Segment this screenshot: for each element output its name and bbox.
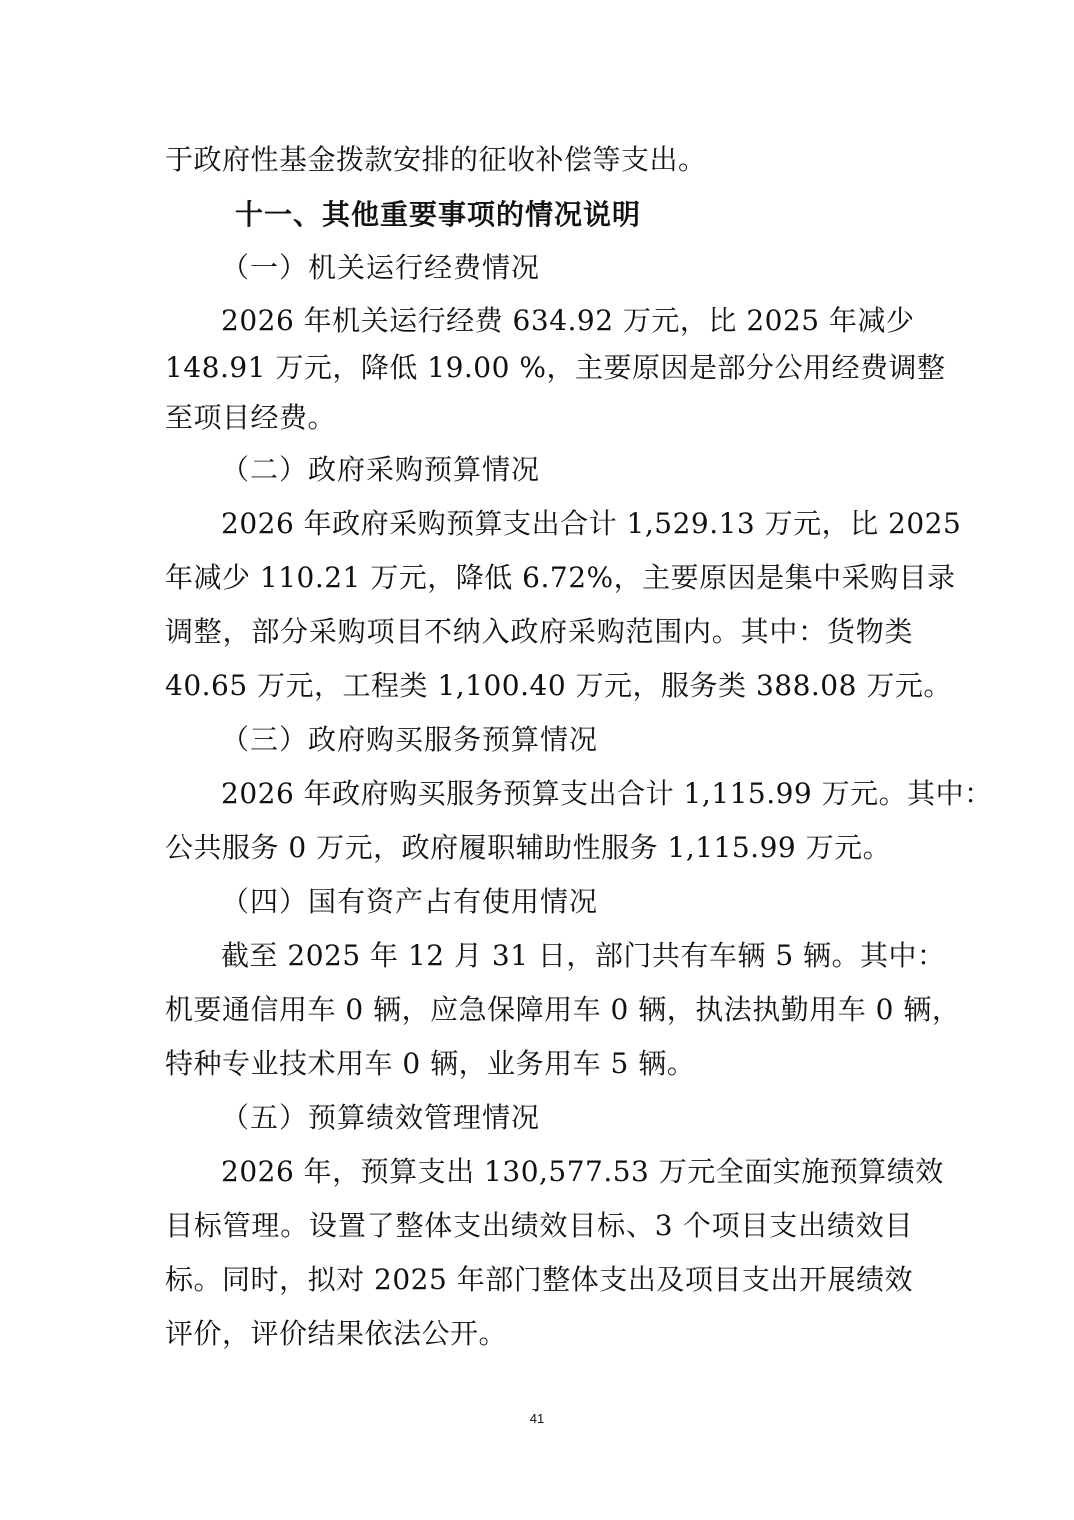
paragraph-line: 截至 2025 年 12 月 31 日，部门共有车辆 5 辆。其中：	[221, 939, 913, 973]
paragraph-continuation: 于政府性基金拨款安排的征收补偿等支出。	[165, 143, 913, 177]
section-title: 十一、其他重要事项的情况说明	[235, 198, 641, 232]
paragraph-line: 年减少 110.21 万元，降低 6.72%，主要原因是集中采购目录	[165, 561, 913, 595]
subsection-title-1: （一）机关运行经费情况	[221, 251, 540, 285]
paragraph-line: 公共服务 0 万元，政府履职辅助性服务 1,115.99 万元。	[165, 831, 913, 865]
paragraph-line: 评价，评价结果依法公开。	[165, 1317, 913, 1351]
paragraph-line: 2026 年，预算支出 130,577.53 万元全面实施预算绩效	[221, 1155, 913, 1189]
paragraph-line: 2026 年机关运行经费 634.92 万元，比 2025 年减少	[221, 304, 913, 338]
paragraph-line: 机要通信用车 0 辆，应急保障用车 0 辆，执法执勤用车 0 辆，	[165, 993, 913, 1027]
subsection-title-4: （四）国有资产占有使用情况	[221, 885, 598, 919]
subsection-title-2: （二）政府采购预算情况	[221, 453, 540, 487]
paragraph-line: 40.65 万元，工程类 1,100.40 万元，服务类 388.08 万元。	[165, 669, 913, 703]
paragraph-line: 调整，部分采购项目不纳入政府采购范围内。其中：货物类	[165, 615, 913, 649]
paragraph-line: 目标管理。设置了整体支出绩效目标、3 个项目支出绩效目	[165, 1209, 913, 1243]
page-number: 41	[0, 1411, 1074, 1426]
paragraph-line: 148.91 万元，降低 19.00 %，主要原因是部分公用经费调整	[165, 351, 913, 385]
paragraph-line: 至项目经费。	[165, 401, 913, 435]
paragraph-line: 2026 年政府购买服务预算支出合计 1,115.99 万元。其中：	[221, 777, 913, 811]
paragraph-line: 特种专业技术用车 0 辆，业务用车 5 辆。	[165, 1047, 913, 1081]
subsection-title-5: （五）预算绩效管理情况	[221, 1101, 540, 1135]
paragraph-line: 2026 年政府采购预算支出合计 1,529.13 万元，比 2025	[221, 507, 913, 541]
document-page: 于政府性基金拨款安排的征收补偿等支出。 十一、其他重要事项的情况说明 （一）机关…	[0, 0, 1074, 1520]
paragraph-line: 标。同时，拟对 2025 年部门整体支出及项目支出开展绩效	[165, 1263, 913, 1297]
subsection-title-3: （三）政府购买服务预算情况	[221, 723, 598, 757]
